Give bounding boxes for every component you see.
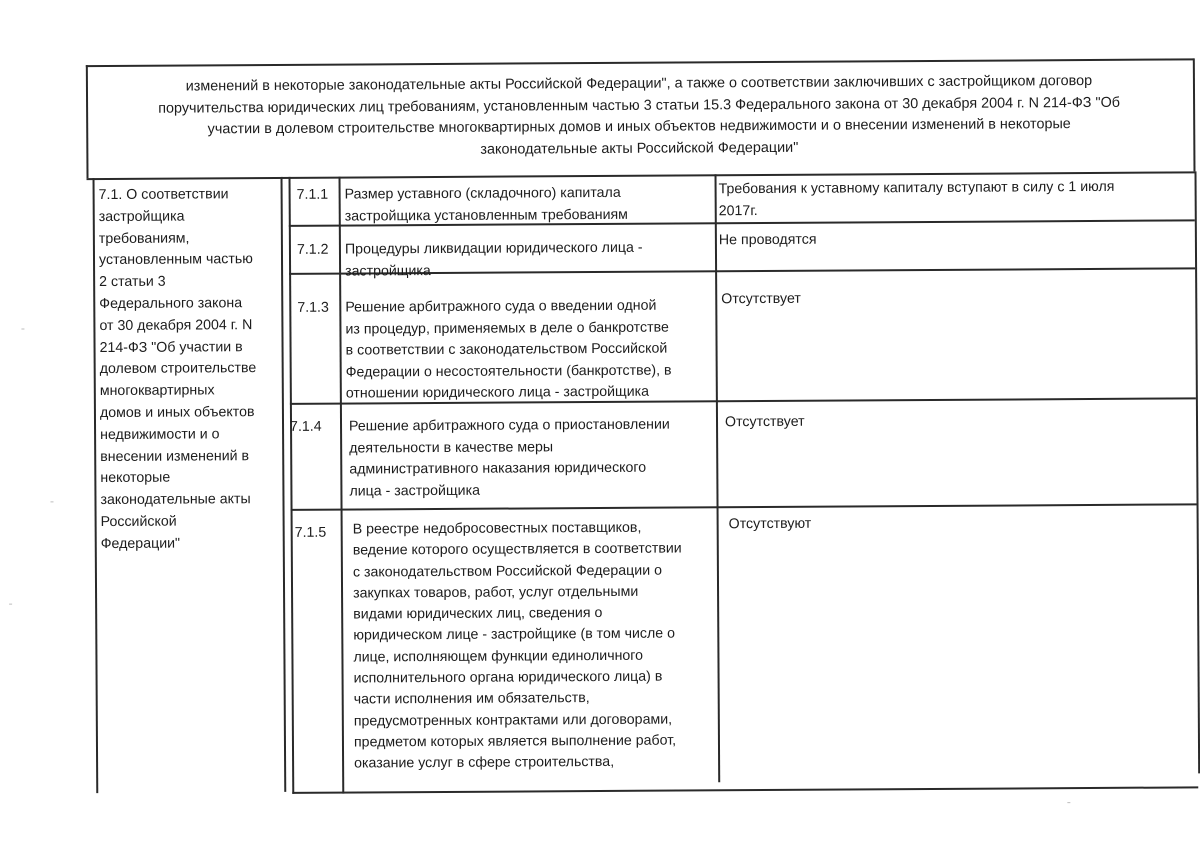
row-7-1-3-description: Решение арбитражного суда о введении одн… [345,295,712,405]
section-right-border [281,177,286,792]
row-7-1-3-number: 7.1.3 [297,298,329,320]
row-divider-4 [291,503,1197,510]
header-right-border [1193,58,1195,171]
row-7-1-1-number: 7.1.1 [297,185,329,207]
scan-speck [21,329,24,330]
row-7-1-5-number: 7.1.5 [295,523,327,545]
row-7-1-5-description: В реестре недобросовестных поставщиков, … [353,517,725,775]
header-left-border [86,65,88,178]
row-7-1-1-description: Размер уставного (складочного) капитала … [345,182,711,227]
row-7-1-4-value: Отсутствует [725,409,1195,433]
row-7-1-4-number: 7.1.4 [290,417,322,439]
section-left-border [93,178,98,793]
row-7-1-4-description: Решение арбитражного суда о приостановле… [349,414,716,502]
table-bottom-border [292,786,1198,793]
scan-speck [1067,802,1070,803]
number-column-left-border [289,177,294,794]
row-7-1-5-value: Отсутствуют [729,511,1189,535]
section-title: 7.1. О соответствии застройщика требован… [99,184,281,556]
row-7-1-1-value: Требования к уставному капиталу вступают… [719,176,1189,222]
header-top-border [86,58,1194,66]
scan-speck [50,501,53,502]
scanned-document-page: изменений в некоторые законодательные ак… [0,0,1200,852]
description-column-left-border [339,177,344,794]
row-7-1-2-description: Процедуры ликвидации юридического лица -… [345,237,711,282]
scan-speck [9,604,12,605]
row-7-1-3-value: Отсутствует [721,286,1191,310]
row-7-1-2-number: 7.1.2 [297,240,329,262]
header-paragraph: изменений в некоторые законодательные ак… [92,70,1187,163]
row-7-1-2-value: Не проводятся [719,227,1189,251]
value-column-right-border [1194,171,1199,773]
